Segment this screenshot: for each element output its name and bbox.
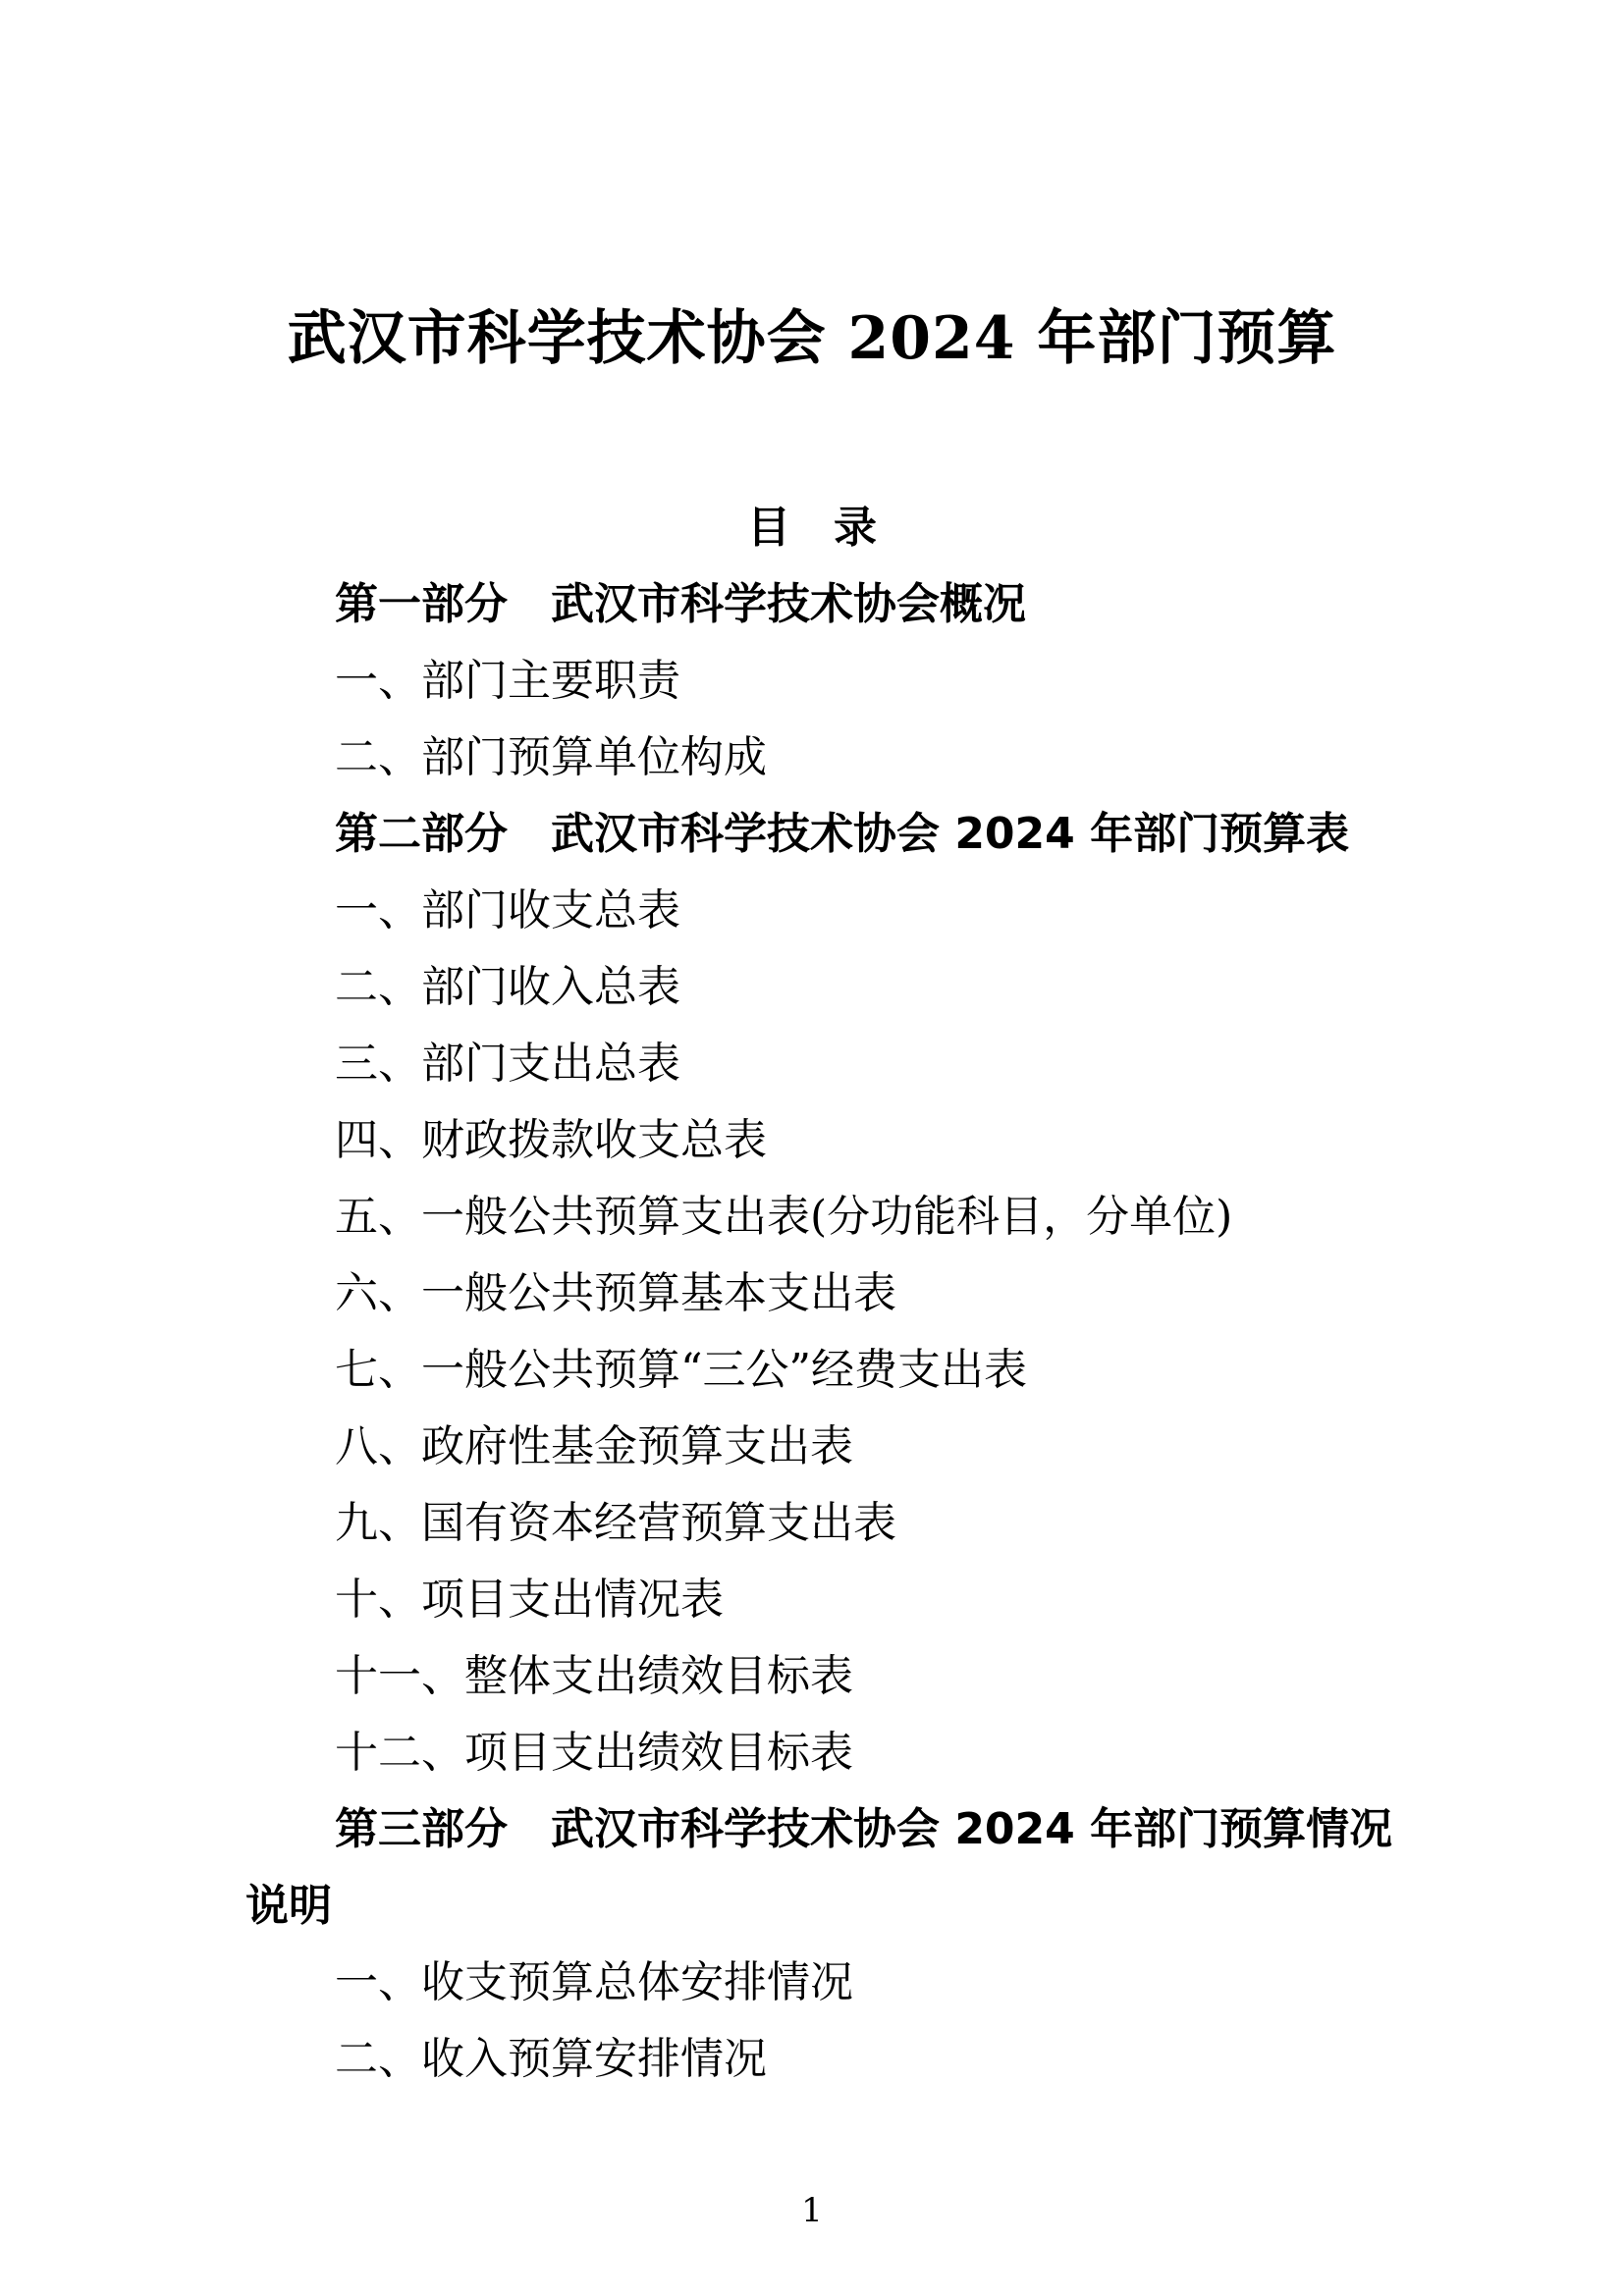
toc-entry: 十一、整体支出绩效目标表	[245, 1638, 1379, 1715]
page-number: 1	[0, 2191, 1624, 2230]
toc-entry: 六、一般公共预算基本支出表	[245, 1255, 1379, 1332]
document-title: 武汉市科学技术协会 2024 年部门预算	[245, 0, 1379, 383]
toc-entry: 四、财政拨款收支总表	[245, 1102, 1379, 1179]
toc-entry: 二、部门预算单位构成	[245, 720, 1379, 796]
toc-entry: 二、收入预算安排情况	[245, 2021, 1379, 2098]
toc-entry: 十、项目支出情况表	[245, 1562, 1379, 1638]
toc-entry: 三、部门支出总表	[245, 1026, 1379, 1102]
toc-entry: 十二、项目支出绩效目标表	[245, 1715, 1379, 1791]
toc-section-heading: 第三部分 武汉市科学技术协会 2024 年部门预算情况	[245, 1791, 1379, 1868]
toc-entry: 一、部门收支总表	[245, 873, 1379, 949]
toc-heading: 目 录	[245, 490, 1379, 566]
document-page: 武汉市科学技术协会 2024 年部门预算 目 录 第一部分 武汉市科学技术协会概…	[0, 0, 1624, 2296]
toc-entry: 五、一般公共预算支出表(分功能科目，分单位)	[245, 1179, 1379, 1255]
toc-entry: 七、一般公共预算“三公”经费支出表	[245, 1332, 1379, 1409]
toc-entry: 一、部门主要职责	[245, 643, 1379, 720]
toc-list: 第一部分 武汉市科学技术协会概况 一、部门主要职责 二、部门预算单位构成 第二部…	[245, 566, 1379, 2098]
toc-section-heading: 第一部分 武汉市科学技术协会概况	[245, 566, 1379, 643]
toc-entry: 一、收支预算总体安排情况	[245, 1945, 1379, 2021]
page-content: 武汉市科学技术协会 2024 年部门预算 目 录 第一部分 武汉市科学技术协会概…	[245, 0, 1379, 2098]
toc-entry: 八、政府性基金预算支出表	[245, 1409, 1379, 1485]
toc-section-heading: 第二部分 武汉市科学技术协会 2024 年部门预算表	[245, 796, 1379, 873]
toc-entry: 九、国有资本经营预算支出表	[245, 1485, 1379, 1562]
toc-entry: 二、部门收入总表	[245, 949, 1379, 1026]
toc-section-heading-continued: 说明	[245, 1868, 1379, 1945]
